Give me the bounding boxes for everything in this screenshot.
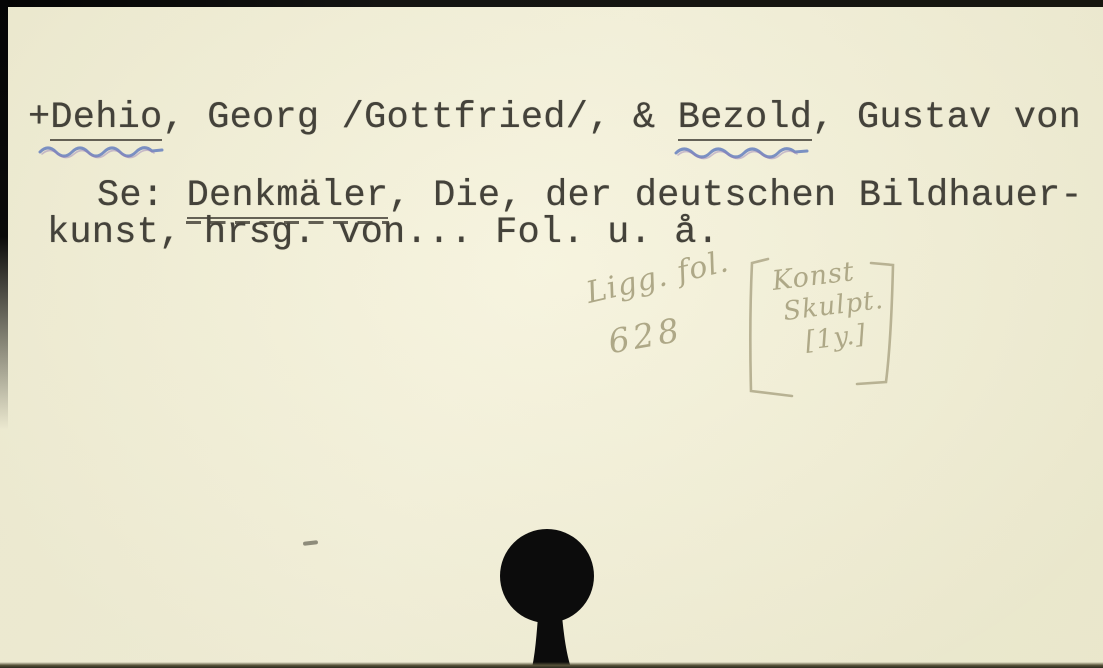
heading-end-text: , Gustav von <box>812 97 1081 139</box>
punch-hole <box>500 529 594 668</box>
handwritten-classification-year: [1y.] <box>803 319 868 356</box>
author2-name: Bezold <box>678 97 812 141</box>
handwritten-shelf-number: 628 <box>605 310 686 361</box>
squiggle-underline-dehio <box>40 148 162 158</box>
ink-smudge-mark <box>303 540 318 546</box>
title-dashed-underline <box>186 221 389 224</box>
squiggle-underline-bezold <box>676 149 807 159</box>
reference-line-1: Se: Denkmäler, Die, der deutschen Bildha… <box>97 178 1083 215</box>
scan-edge-top <box>0 0 1103 7</box>
scan-edge-bottom <box>0 662 1103 668</box>
reference-rest-text: , Die, der deutschen Bildhauer- <box>388 175 1083 217</box>
see-label: Se: <box>97 175 187 217</box>
author-heading-line: +Dehio, Georg /Gottfried/, & Bezold, Gus… <box>28 100 1081 137</box>
heading-middle-text: , Georg /Gottfried/, & <box>162 97 677 139</box>
plus-mark: + <box>28 97 50 139</box>
catalog-card: +Dehio, Georg /Gottfried/, & Bezold, Gus… <box>0 0 1103 668</box>
scan-edge-left <box>0 0 8 430</box>
handwritten-format-note: Ligg. fol. <box>583 244 732 311</box>
author1-name: Dehio <box>50 97 162 141</box>
